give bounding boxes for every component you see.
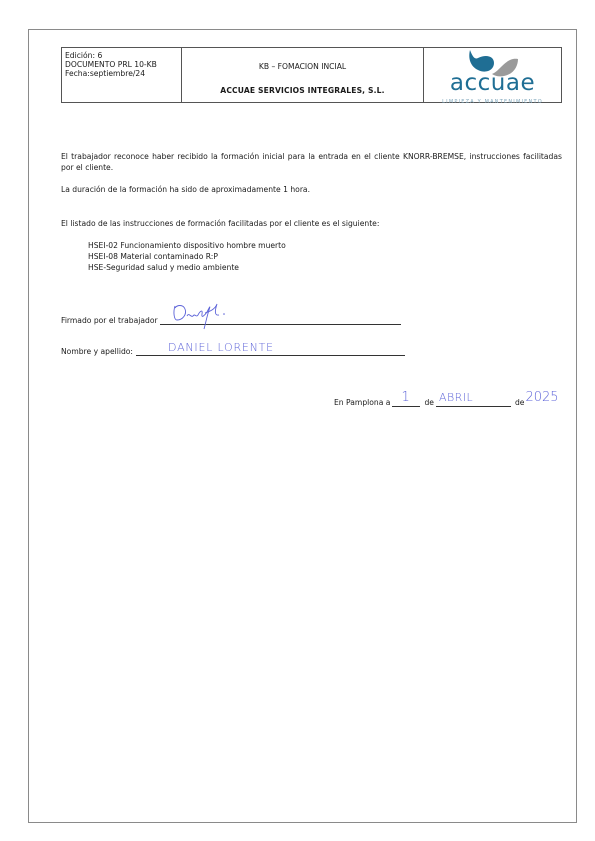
acknowledgement-paragraph: El trabajador reconoce haber recibido la… (61, 152, 562, 174)
handwritten-name: DANIEL LORENTE (168, 341, 274, 354)
duration-paragraph: La duración de la formación ha sido de a… (61, 185, 310, 196)
company-name: ACCUAE SERVICIOS INTEGRALES, S.L. (182, 86, 423, 95)
instructions-intro: El listado de las instrucciones de forma… (61, 219, 379, 230)
list-item: HSEI-08 Material contaminado R:P (88, 252, 286, 263)
name-row: Nombre y apellido: DANIEL LORENTE (61, 345, 405, 356)
edition: Edición: 6 (65, 51, 181, 60)
signature-row: Firmado por el trabajador (61, 314, 401, 325)
place-prefix: En Pamplona a (334, 398, 390, 407)
handwritten-day: 1 (401, 390, 409, 405)
document-code: DOCUMENTO PRL 10-KB (65, 60, 181, 69)
list-item: HSE-Seguridad salud y medio ambiente (88, 263, 286, 274)
date-connector-1: de (424, 398, 434, 407)
list-item: HSEI-02 Funcionamiento dispositivo hombr… (88, 241, 286, 252)
year-field[interactable]: 2025 (524, 397, 554, 407)
document-metadata: Edición: 6 DOCUMENTO PRL 10-KB Fecha:sep… (62, 48, 182, 102)
instructions-list: HSEI-02 Funcionamiento dispositivo hombr… (88, 241, 286, 273)
signature-label: Firmado por el trabajador (61, 316, 158, 325)
handwritten-month: ABRIL (439, 391, 473, 404)
document-header: Edición: 6 DOCUMENTO PRL 10-KB Fecha:sep… (61, 47, 562, 103)
logo-tagline: LIMPIEZA Y MANTENIMIENTO (424, 98, 561, 103)
page-frame (28, 29, 577, 823)
place-date-row: En Pamplona a 1 de ABRIL de 2025 (334, 396, 554, 407)
company-logo: accuae LIMPIEZA Y MANTENIMIENTO (424, 48, 561, 102)
signature-field[interactable] (160, 314, 401, 325)
logo-wordmark: accuae (424, 70, 561, 96)
handwritten-year: 2025 (525, 390, 558, 405)
document-date: Fecha:septiembre/24 (65, 69, 181, 78)
name-label: Nombre y apellido: (61, 347, 133, 356)
day-field[interactable]: 1 (392, 396, 420, 407)
handwritten-signature (171, 300, 231, 330)
document-title-cell: KB – FOMACION INCIAL ACCUAE SERVICIOS IN… (182, 48, 424, 102)
month-field[interactable]: ABRIL (436, 396, 511, 407)
document-title: KB – FOMACION INCIAL (182, 62, 423, 71)
date-connector-2: de (515, 398, 525, 407)
logo-cell: accuae LIMPIEZA Y MANTENIMIENTO (424, 48, 561, 102)
name-field[interactable]: DANIEL LORENTE (136, 345, 405, 356)
